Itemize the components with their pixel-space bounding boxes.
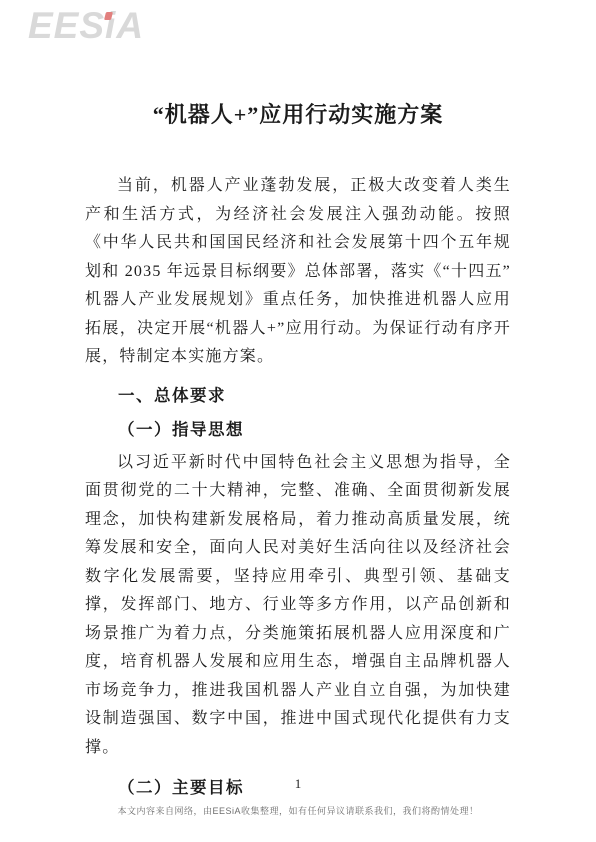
footer-disclaimer: 本文内容来自网络，由EESiA收集整理，如有任何异议请联系我们，我们将酌情处理！ <box>0 804 596 817</box>
page-title: “机器人+”应用行动实施方案 <box>85 0 511 130</box>
guiding-ideology-paragraph: 以习近平新时代中国特色社会主义思想为指导，全面贯彻党的二十大精神，完整、准确、全… <box>85 449 511 763</box>
document-content: “机器人+”应用行动实施方案 当前，机器人产业蓬勃发展，正极大改变着人类生产和生… <box>85 0 511 803</box>
section-heading-1: 一、总体要求 <box>85 382 511 411</box>
intro-paragraph: 当前，机器人产业蓬勃发展，正极大改变着人类生产和生活方式，为经济社会发展注入强劲… <box>85 172 511 372</box>
document-page: EESiA “机器人+”应用行动实施方案 当前，机器人产业蓬勃发展，正极大改变着… <box>0 0 596 842</box>
page-number: 1 <box>0 775 596 793</box>
subsection-heading-1: （一）指导思想 <box>85 416 511 445</box>
